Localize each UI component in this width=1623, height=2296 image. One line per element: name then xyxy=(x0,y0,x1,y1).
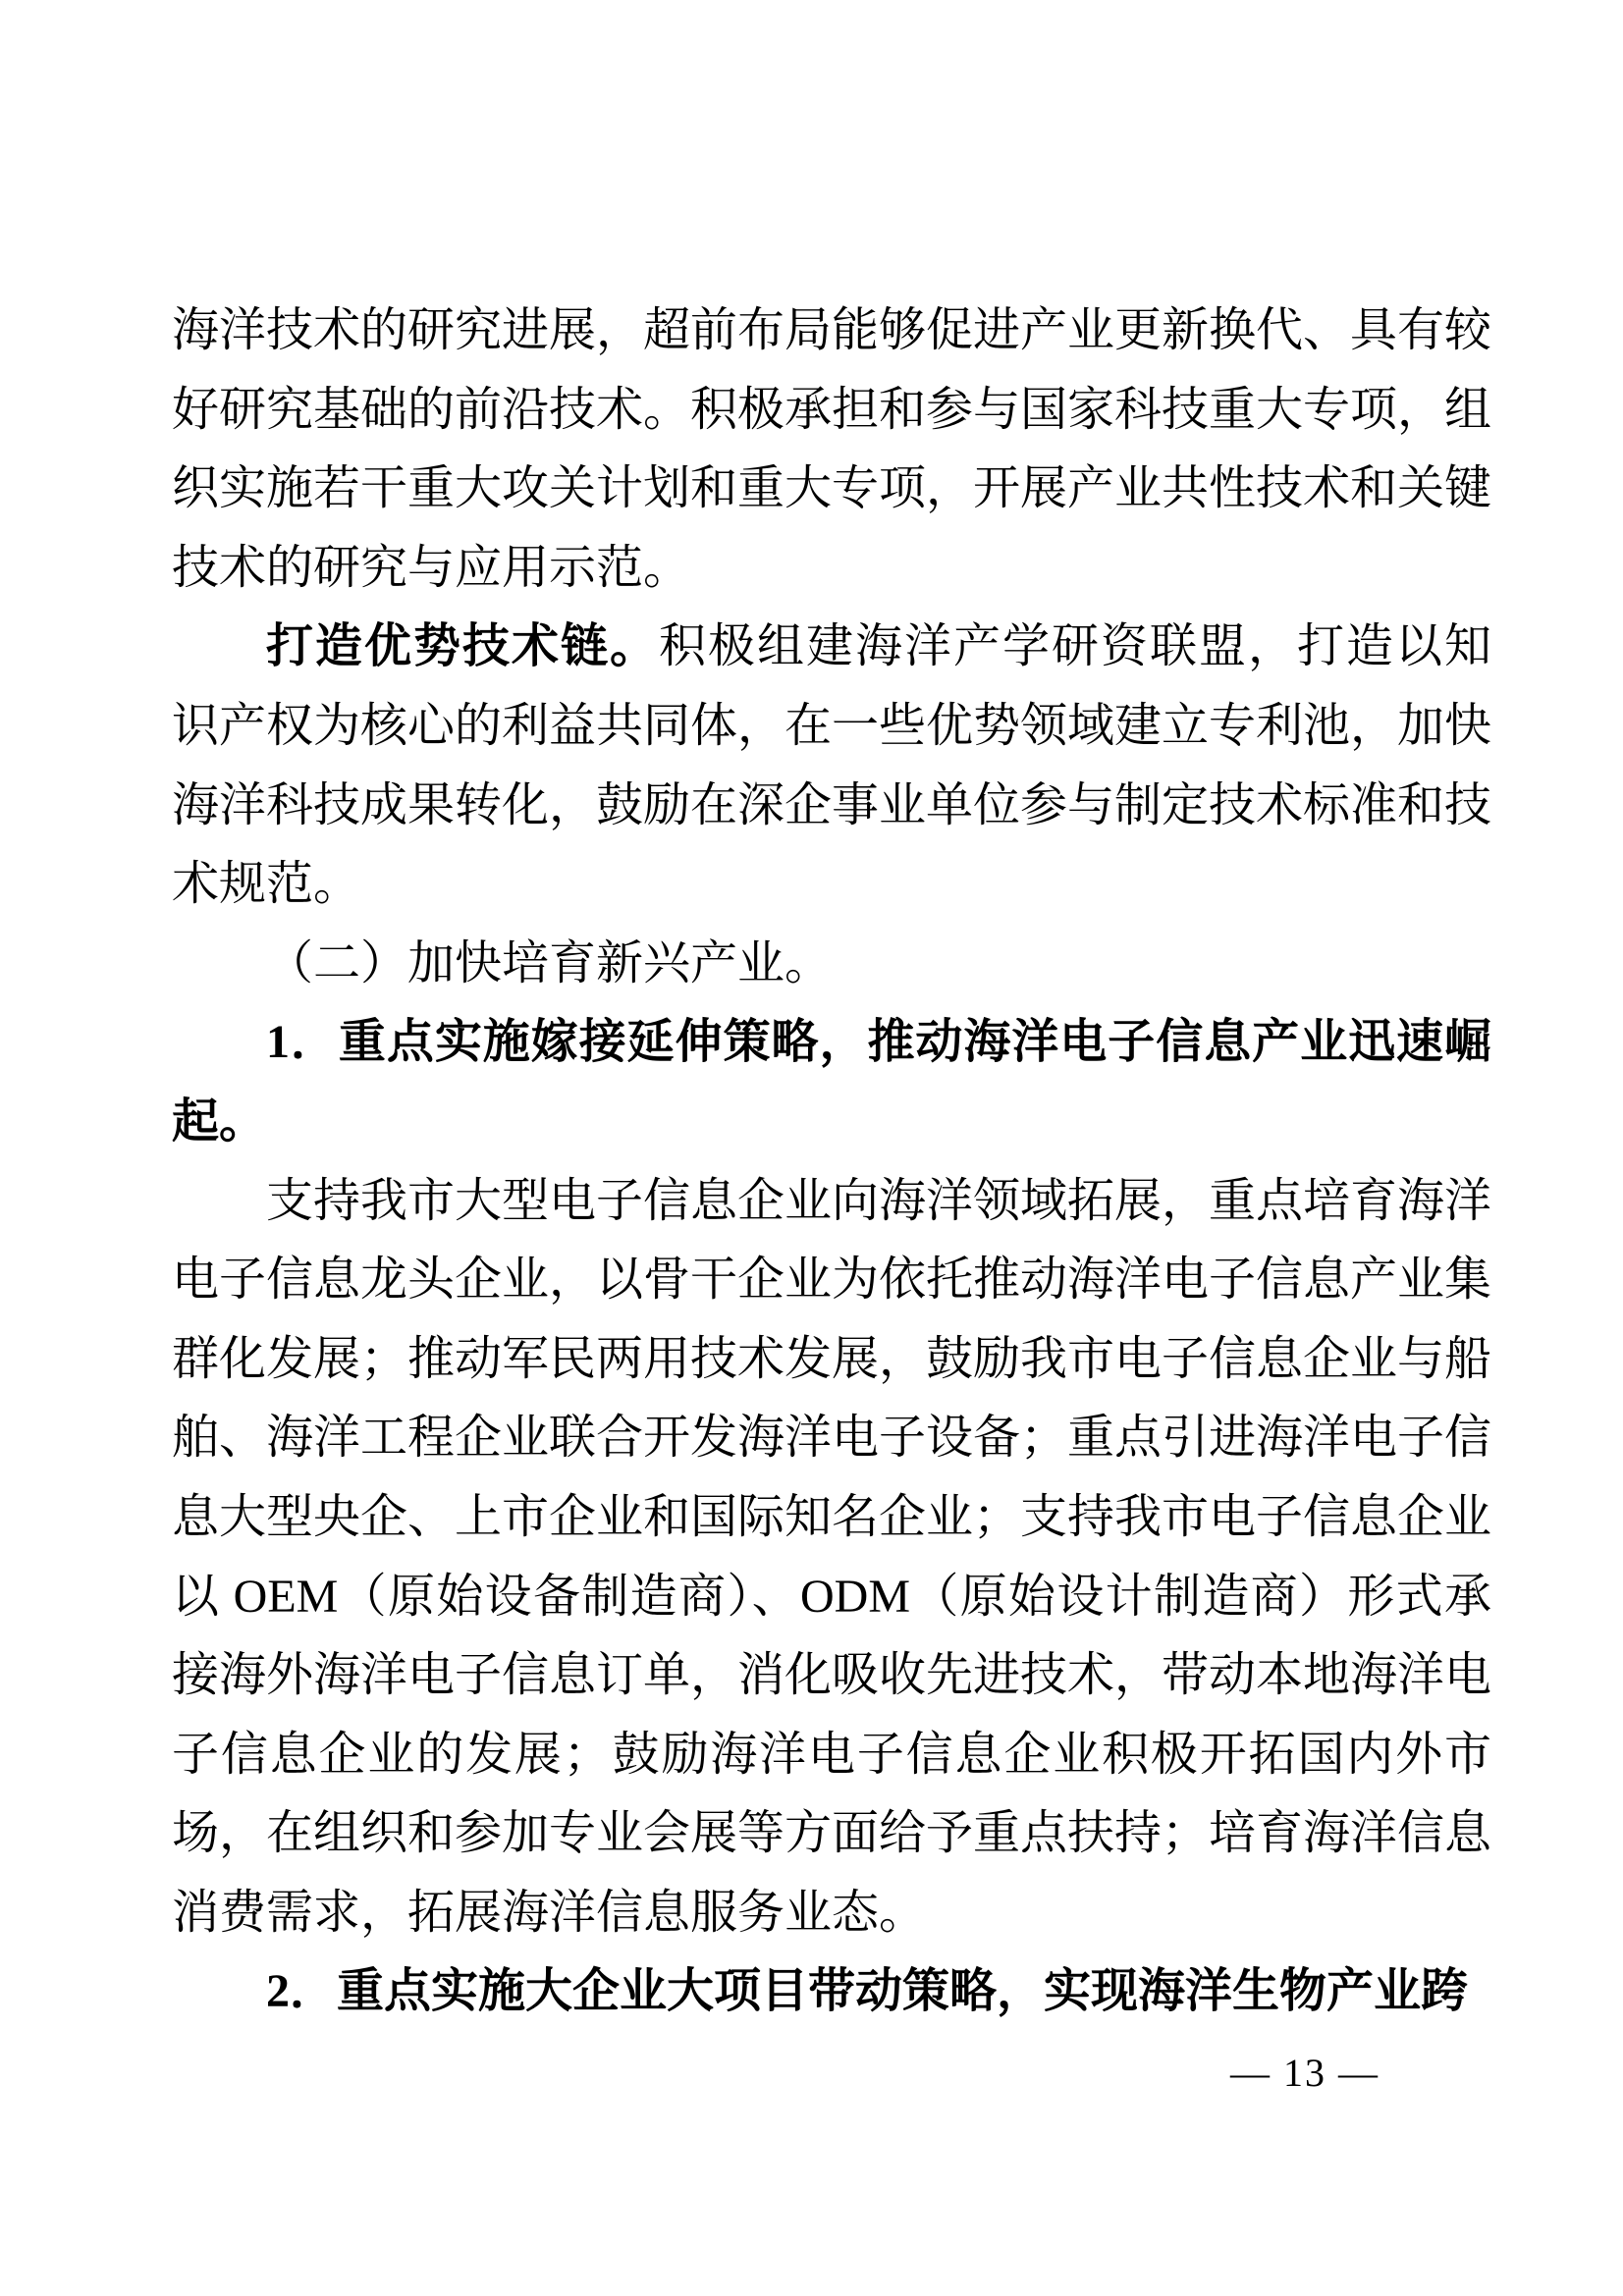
text-block: 海洋技术的研究进展，超前布局能够促进产业更新换代、具有较好研究基础的前沿技术。积… xyxy=(172,292,1491,2032)
document-page: 海洋技术的研究进展，超前布局能够促进产业更新换代、具有较好研究基础的前沿技术。积… xyxy=(0,0,1623,2296)
paragraph-continuation: 海洋技术的研究进展，超前布局能够促进产业更新换代、具有较好研究基础的前沿技术。积… xyxy=(172,292,1491,608)
paragraph-tech-chain: 打造优势技术链。积极组建海洋产学研资联盟，打造以知识产权为核心的利益共同体，在一… xyxy=(172,608,1491,924)
section-heading-2: （二）加快培育新兴产业。 xyxy=(172,925,1491,1004)
paragraph-marine-electronics-body: 支持我市大型电子信息企业向海洋领域拓展，重点培育海洋电子信息龙头企业，以骨干企业… xyxy=(172,1162,1491,1953)
page-number: — 13 — xyxy=(1230,2050,1380,2097)
subheading-2-marine-bio: 2．重点实施大企业大项目带动策略，实现海洋生物产业跨 xyxy=(172,1952,1491,2032)
paragraph-bold-lead: 打造优势技术链。 xyxy=(266,620,659,672)
subheading-1-marine-electronics: 1．重点实施嫁接延伸策略，推动海洋电子信息产业迅速崛起。 xyxy=(172,1003,1491,1161)
